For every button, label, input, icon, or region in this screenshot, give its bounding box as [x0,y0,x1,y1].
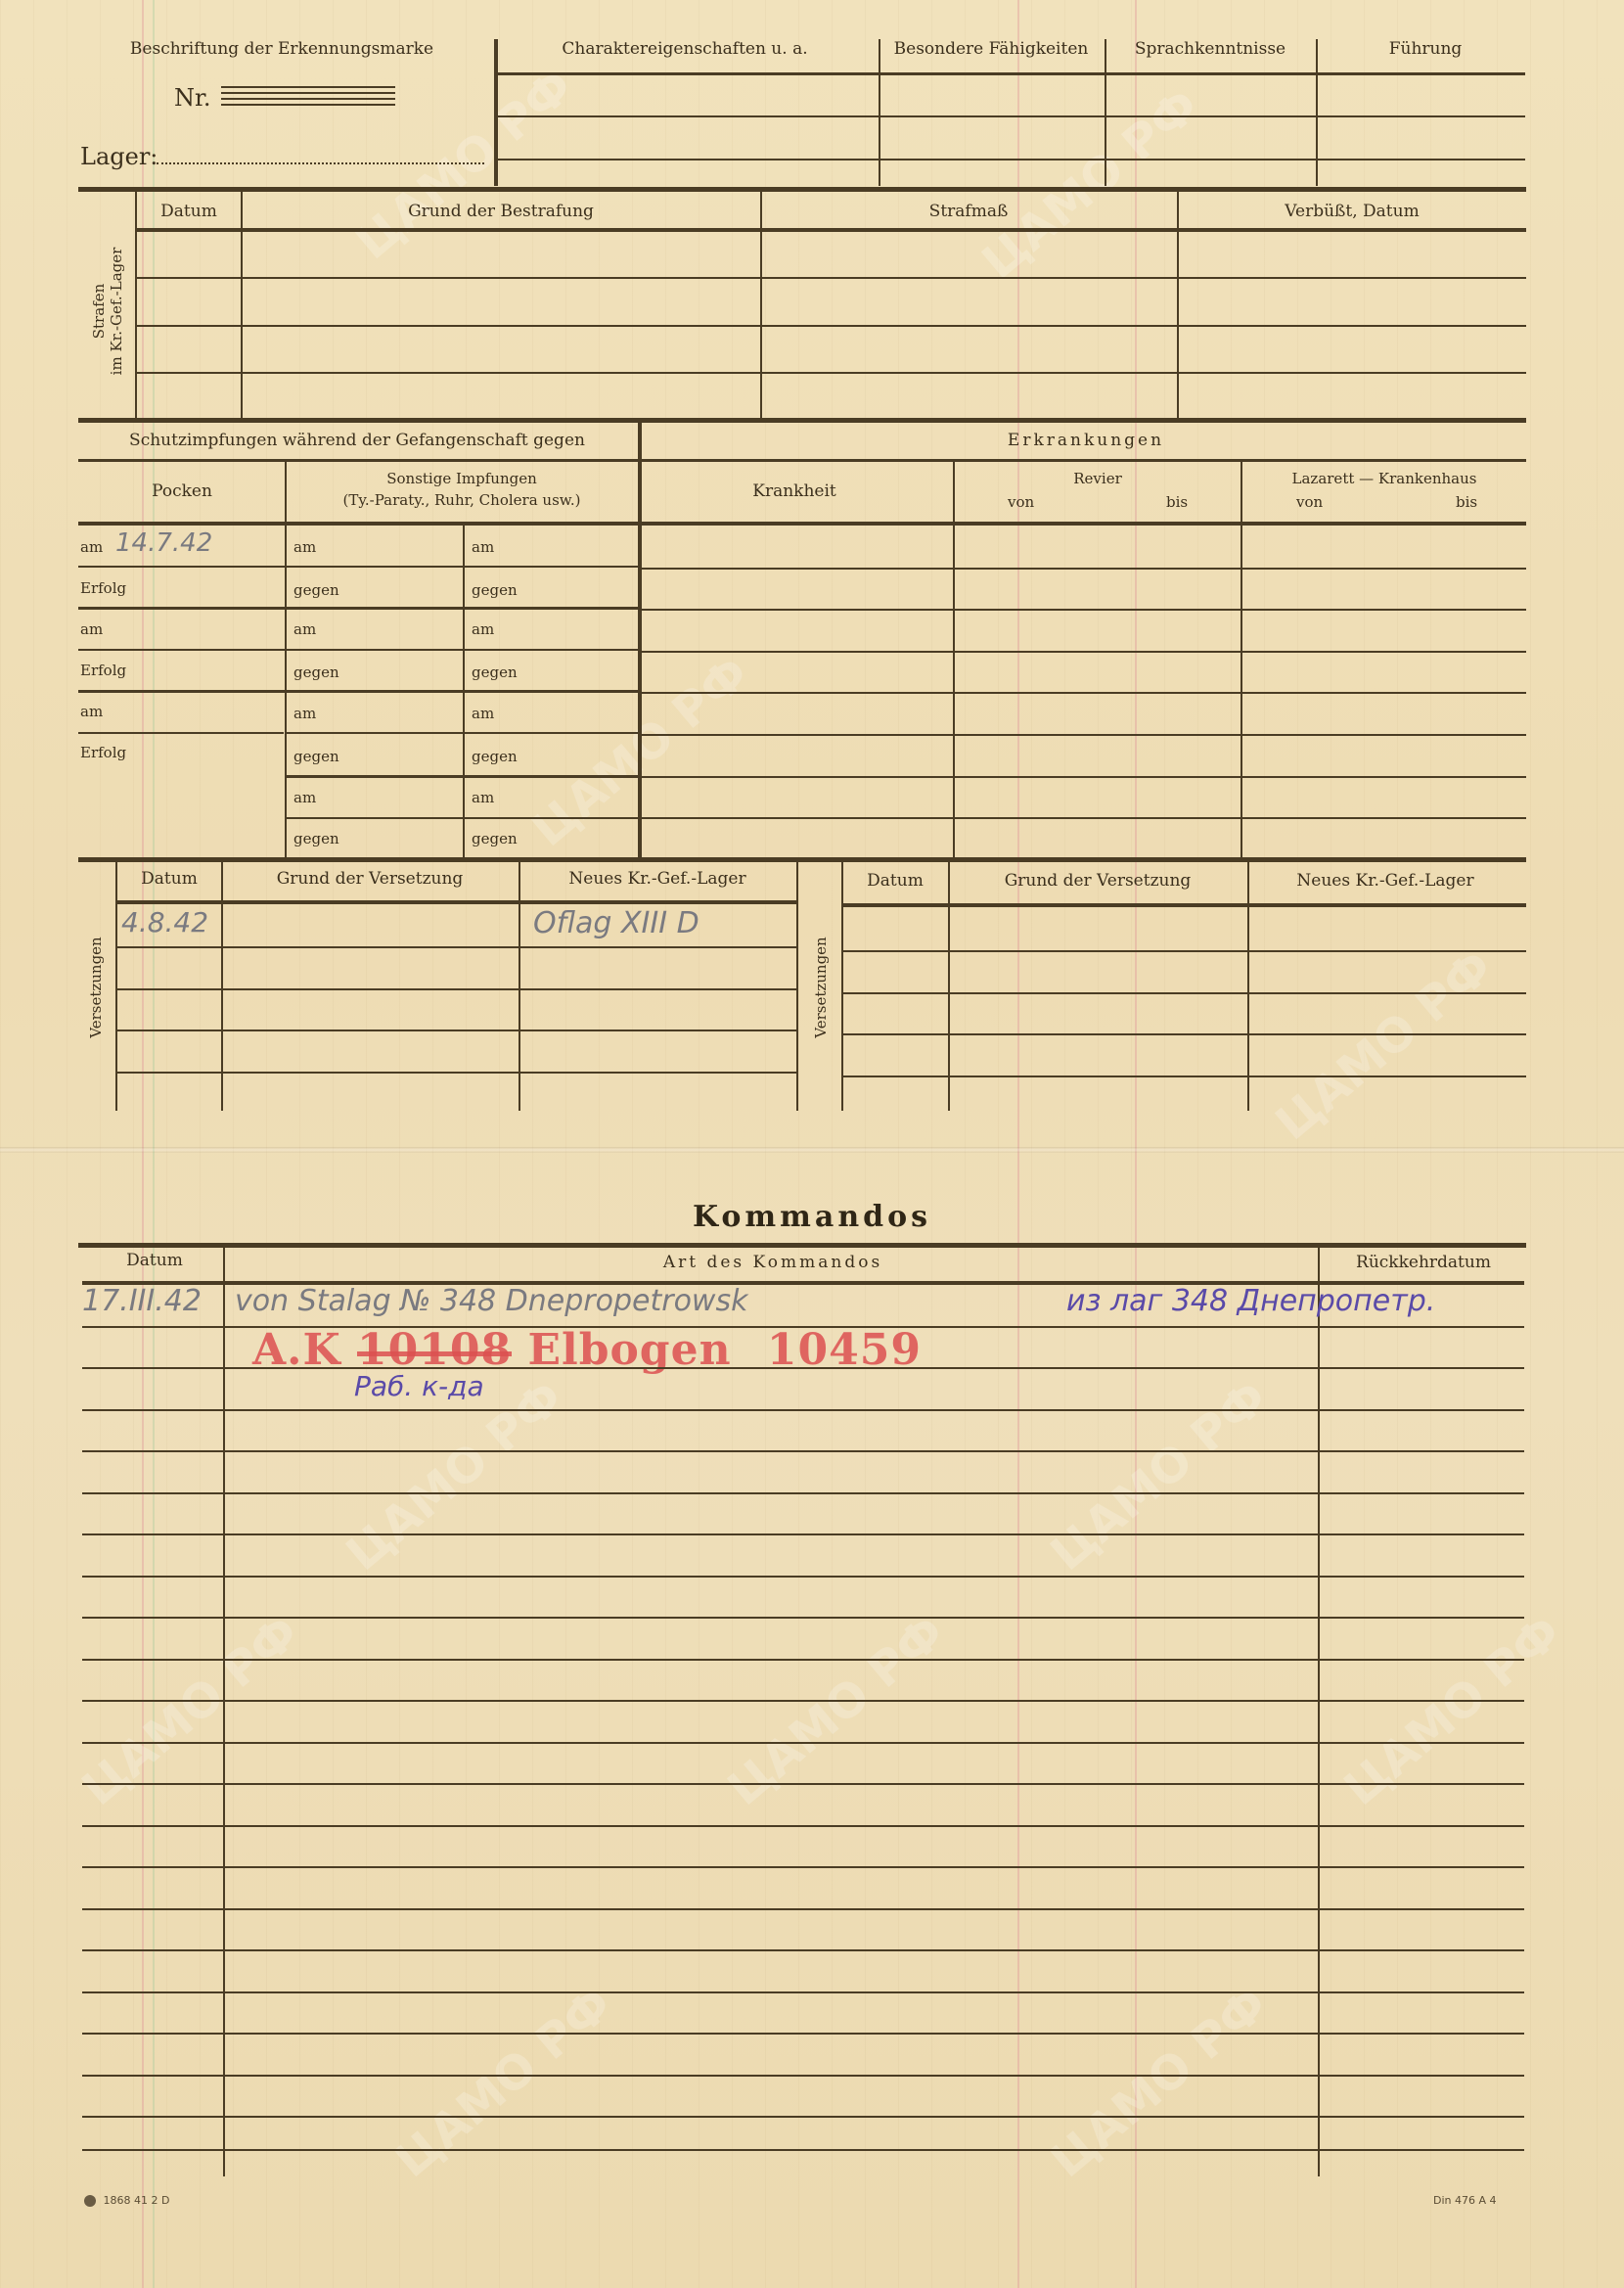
lazarett-bis: bis [1456,493,1477,511]
watermark: ЦАМО РФ [972,78,1210,290]
rule [496,72,1525,75]
rule [843,1075,1526,1077]
revier-von: von [1008,493,1034,511]
paper-line [142,0,144,2288]
paper-fold [0,1147,1624,1153]
rule [82,1367,1524,1369]
header-verbuesst: Verbüßt, Datum [1285,202,1419,221]
rule [82,2075,1524,2077]
rule [78,649,639,651]
divider [760,189,762,419]
pocken-am-2: am [80,620,103,638]
watermark: ЦАМО РФ [1041,1977,1279,2188]
sonstige-am: am [293,705,316,722]
header-datum: Datum [141,869,198,889]
rule [78,522,639,526]
divider [135,189,137,419]
header-charaktereigenschaften: Charaktereigenschaften u. a. [562,39,807,59]
lager-label: Lager: [80,143,158,170]
rule [78,187,1526,192]
sonstige-am: am [472,705,494,722]
versetzung-lager-handwritten: Oflag XIII D [533,906,699,940]
rule [82,2149,1524,2151]
rule [843,950,1526,952]
nr-field[interactable] [221,86,395,110]
rule [287,817,639,819]
divider [494,39,498,186]
rule [82,1866,1524,1868]
rule [82,2116,1524,2118]
rule [78,690,639,693]
erkennungsmarke-title: Beschriftung der Erkennungsmarke [130,39,433,59]
rule [843,992,1526,994]
header-lazarett: Lazarett — Krankenhaus [1292,470,1477,487]
header-sonstige-sub: (Ty.-Paraty., Ruhr, Cholera usw.) [343,491,581,509]
rule [843,1033,1526,1035]
rule [82,1825,1524,1827]
divider [1105,39,1106,186]
rule [78,857,1526,862]
rule [640,459,1526,462]
header-sprachkenntnisse: Sprachkenntnisse [1135,39,1286,59]
sonstige-gegen: gegen [293,581,339,599]
rule [78,607,639,610]
divider [796,861,798,1111]
header-grund-versetzung: Grund der Versetzung [1005,871,1192,891]
divider [879,39,880,186]
rule [82,1700,1524,1702]
header-strafmass: Strafmaß [929,202,1009,221]
rule [137,325,1526,327]
header-neues-lager: Neues Kr.-Gef.-Lager [568,869,745,889]
header-fuehrung: Führung [1389,39,1463,59]
rule [117,900,796,904]
paper-line [1017,0,1019,2288]
strafen-side-label: Strafen im Kr.-Gef.-Lager [90,233,125,389]
divider [1241,460,1242,857]
paper-line [1135,0,1137,2288]
pocken-erfolg-1: Erfolg [80,579,126,597]
pocken-erfolg-2: Erfolg [80,662,126,679]
sonstige-am: am [293,620,316,638]
rule [640,776,1526,778]
rule [82,1617,1524,1619]
divider [1318,1247,1320,2176]
side-label-line: im Kr.-Gef.-Lager [108,233,125,389]
header-datum: Datum [160,202,217,221]
rule [82,1908,1524,1910]
watermark: ЦАМО РФ [1041,1370,1279,1581]
versetzungen-side-label: Versetzungen [87,929,105,1046]
rule [843,903,1526,907]
impfungen-title: Schutzimpfungen während der Gefangenscha… [129,431,585,450]
pocken-erfolg-3: Erfolg [80,744,126,761]
header-art: Art des Kommandos [663,1253,882,1272]
kommando-art-ink: из лаг 348 Днепропетр. [1066,1284,1435,1318]
header-datum: Datum [867,871,924,891]
header-grund-versetzung: Grund der Versetzung [277,869,464,889]
header-pocken: Pocken [152,481,212,501]
revier-bis: bis [1166,493,1188,511]
paper-texture [0,0,1624,2288]
divider [638,421,642,857]
rule [82,1450,1524,1452]
rule [82,1576,1524,1578]
header-rueckkehrdatum: Rückkehrdatum [1356,1253,1491,1272]
sonstige-gegen: gegen [293,748,339,765]
rule [640,609,1526,611]
sonstige-am: am [293,789,316,806]
watermark: ЦАМО РФ [1266,939,1504,1151]
divider [223,1247,225,2176]
sonstige-am: am [472,789,494,806]
rule [117,988,796,990]
rule [78,1243,1526,1248]
divider [948,861,950,1111]
paper-line [153,0,155,2288]
rule [78,459,639,462]
rule [117,946,796,948]
sonstige-gegen: gegen [472,830,518,847]
publisher-logo-icon [84,2195,96,2207]
rule [78,732,284,734]
header-datum: Datum [126,1251,183,1270]
footer-right: Din 476 A 4 [1433,2194,1497,2207]
rule [137,372,1526,374]
header-grund-bestrafung: Grund der Bestrafung [408,202,594,221]
rule [82,1533,1524,1535]
kommando-date-handwritten: 17.III.42 [82,1284,202,1318]
divider [1177,189,1179,419]
rule [82,1492,1524,1494]
watermark: ЦАМО РФ [385,1977,623,2188]
divider [285,460,287,857]
rule [82,2033,1524,2035]
sonstige-gegen: gegen [293,830,339,847]
rule [640,817,1526,819]
header-sonstige: Sonstige Impfungen [386,470,537,487]
lazarett-von: von [1296,493,1323,511]
sonstige-gegen: gegen [293,664,339,681]
rule [82,1409,1524,1411]
side-label-line: Strafen [90,233,108,389]
sonstige-gegen: gegen [472,581,518,599]
header-revier: Revier [1073,470,1122,487]
header-neues-lager: Neues Kr.-Gef.-Lager [1296,871,1473,891]
kommando-art-handwritten: von Stalag № 348 Dnepropetrowsk [235,1284,747,1318]
rule [78,418,1526,423]
rule [117,1072,796,1074]
rule [640,734,1526,736]
rule [640,651,1526,653]
rule [82,1742,1524,1744]
rule [117,1030,796,1031]
versetzung-date-handwritten: 4.8.42 [121,906,208,938]
divider [241,189,243,419]
rule [78,566,639,568]
pocken-am-3: am [80,703,103,720]
rule [640,568,1526,570]
sonstige-gegen: gegen [472,664,518,681]
sonstige-am: am [293,538,316,556]
rule [82,1659,1524,1661]
versetzungen-side-label: Versetzungen [812,929,830,1046]
rule [496,115,1525,117]
pocken-date-handwritten: 14.7.42 [115,528,212,558]
divider [1316,39,1318,186]
header-krankheit: Krankheit [752,481,836,501]
rule [137,277,1526,279]
nr-label: Nr. [174,84,210,112]
rule [287,775,639,778]
kommandos-title: Kommandos [693,1200,931,1234]
divider [841,861,843,1111]
rule [640,522,1526,526]
rule [82,1326,1524,1328]
rule [287,732,639,734]
rule [137,228,1526,232]
footer-left: 1868 41 2 D [84,2194,169,2207]
sonstige-gegen: gegen [472,748,518,765]
rule [640,692,1526,694]
divider [1247,861,1249,1111]
header-faehigkeiten: Besondere Fähigkeiten [894,39,1089,59]
pocken-am-1: am [80,538,103,556]
form-number: 1868 41 2 D [104,2194,170,2207]
sonstige-am: am [472,538,494,556]
rule [82,1949,1524,1951]
sonstige-am: am [472,620,494,638]
kommando-note-ink: Раб. к-да [354,1370,484,1402]
lager-field[interactable] [157,162,484,164]
erkrankungen-title: Erkrankungen [1008,431,1164,450]
rule [496,159,1525,160]
rule [82,1783,1524,1785]
divider [953,460,955,857]
rule [82,1991,1524,1993]
